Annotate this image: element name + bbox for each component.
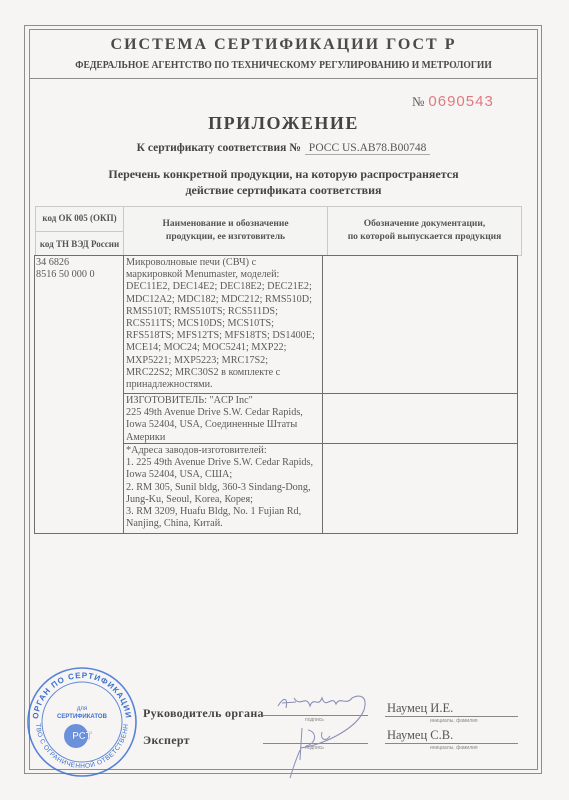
head-name-line (385, 716, 518, 717)
table-row-factory-addresses: *Адреса заводов-изготовителей: 1. 225 49… (126, 445, 322, 530)
table-line: MCE14; MOC24; MOC5241; MXP22; (126, 342, 322, 354)
certificate-reference: К сертификату соответствия №РОСС US.AB78… (29, 142, 538, 154)
serial-number-value: 0690543 (428, 93, 493, 110)
head-name-caption: инициалы, фамилия (430, 718, 478, 724)
code-tnved-value: 8516 50 000 0 (36, 269, 122, 281)
svg-text:СЕРТИФИКАТОВ: СЕРТИФИКАТОВ (57, 714, 108, 720)
table-row-manufacturer: ИЗГОТОВИТЕЛЬ: "ACP Inc" 225 49th Avenue … (126, 395, 322, 444)
table-line: MXP5221; MXP5223; MRC17S2; (126, 355, 322, 367)
handwritten-signature-icon (260, 690, 380, 780)
head-of-body-label: Руководитель органа (143, 706, 264, 721)
expert-label: Эксперт (143, 733, 190, 748)
header-docs-column: Обозначение документации, по которой вып… (328, 207, 521, 255)
certification-system-title: СИСТЕМА СЕРТИФИКАЦИИ ГОСТ Р (29, 36, 538, 54)
expert-name-line (385, 743, 518, 744)
expert-name: Наумец С.В. (387, 728, 453, 743)
list-title-line-2: действие сертификата соответствия (29, 182, 538, 198)
table-line: Jung-Ku, Seoul, Korea, Корея; (126, 494, 322, 506)
header-product-line-2: продукции, ее изготовитель (162, 231, 288, 244)
header-code-okp: код ОК 005 (ОКП) (36, 207, 123, 232)
table-line: Iowa 52404, USA, США; (126, 469, 322, 481)
table-line: 225 49th Avenue Drive S.W. Cedar Rapids, (126, 407, 322, 419)
certificate-number: РОСС US.AB78.B00748 (305, 142, 431, 155)
header-divider (29, 78, 538, 79)
header-docs-line-2: по которой выпускается продукция (348, 231, 502, 244)
svg-text:РСТ: РСТ (72, 731, 92, 742)
column-divider (123, 256, 124, 533)
agency-name: ФЕДЕРАЛЬНОЕ АГЕНТСТВО ПО ТЕХНИЧЕСКОМУ РЕ… (47, 60, 520, 71)
table-line: 3. RM 3209, Huafu Bldg, No. 1 Fujian Rd, (126, 506, 322, 518)
header-codes-column: код ОК 005 (ОКП) код ТН ВЭД России (36, 207, 124, 255)
table-line: RMS510T; RMS510TS; RCS511DS; (126, 306, 322, 318)
header-code-tnved: код ТН ВЭД России (36, 232, 123, 255)
list-title: Перечень конкретной продукции, на котору… (29, 166, 538, 198)
table-line: принадлежностями. (126, 379, 322, 391)
table-line: Микроволновые печи (СВЧ) с (126, 257, 322, 269)
table-line: MRC22S2; MRC30S2 в комплекте с (126, 367, 322, 379)
certificate-label: К сертификату соответствия № (137, 142, 301, 154)
number-sign: № (412, 94, 424, 109)
expert-name-caption: инициалы, фамилия (430, 745, 478, 751)
certification-stamp-icon: ОРГАН ПО СЕРТИФИКАЦИИ ОБЩЕСТВО С ОГРАНИЧ… (26, 666, 138, 778)
table-line: Nanjing, China, Китай. (126, 518, 322, 530)
table-line: 2. RM 305, Sunil bldg, 360-3 Sindang-Don… (126, 482, 322, 494)
table-line: RCS511TS; MCS10DS; MCS10TS; (126, 318, 322, 330)
table-line: Iowa 52404, USA, Соединенные Штаты (126, 419, 322, 431)
table-line: RFS518TS; MFS12TS; MFS18TS; DS1400E; (126, 330, 322, 342)
table-row-products: Микроволновые печи (СВЧ) с маркировкой M… (126, 257, 322, 391)
table-line: MDC12A2; MDC182; MDC212; RMS510D; (126, 294, 322, 306)
list-title-line-1: Перечень конкретной продукции, на котору… (29, 166, 538, 182)
page-title: ПРИЛОЖЕНИЕ (29, 113, 538, 134)
svg-text:ОРГАН ПО СЕРТИФИКАЦИИ: ОРГАН ПО СЕРТИФИКАЦИИ (31, 671, 133, 720)
table-line: маркировкой Menumaster, моделей: (126, 269, 322, 281)
header-product-line-1: Наименование и обозначение (162, 218, 288, 231)
svg-text:для: для (77, 706, 87, 712)
table-line: ИЗГОТОВИТЕЛЬ: "ACP Inc" (126, 395, 322, 407)
table-line: Америки (126, 432, 322, 444)
head-name: Наумец И.Е. (387, 701, 453, 716)
products-table: 34 6826 8516 50 000 0 Микроволновые печи… (34, 255, 518, 534)
table-line: 1. 225 49th Avenue Drive S.W. Cedar Rapi… (126, 457, 322, 469)
header-product-column: Наименование и обозначение продукции, ее… (124, 207, 328, 255)
table-line: *Адреса заводов-изготовителей: (126, 445, 322, 457)
product-codes: 34 6826 8516 50 000 0 (36, 257, 122, 281)
row-divider (123, 393, 517, 394)
header-docs-line-1: Обозначение документации, (348, 218, 502, 231)
table-header: код ОК 005 (ОКП) код ТН ВЭД России Наиме… (35, 206, 522, 256)
code-okp-value: 34 6826 (36, 257, 122, 269)
table-line: DEC11E2, DEC14E2; DEC18E2; DEC21E2; (126, 281, 322, 293)
serial-number: №0690543 (412, 93, 494, 111)
column-divider (322, 256, 323, 533)
